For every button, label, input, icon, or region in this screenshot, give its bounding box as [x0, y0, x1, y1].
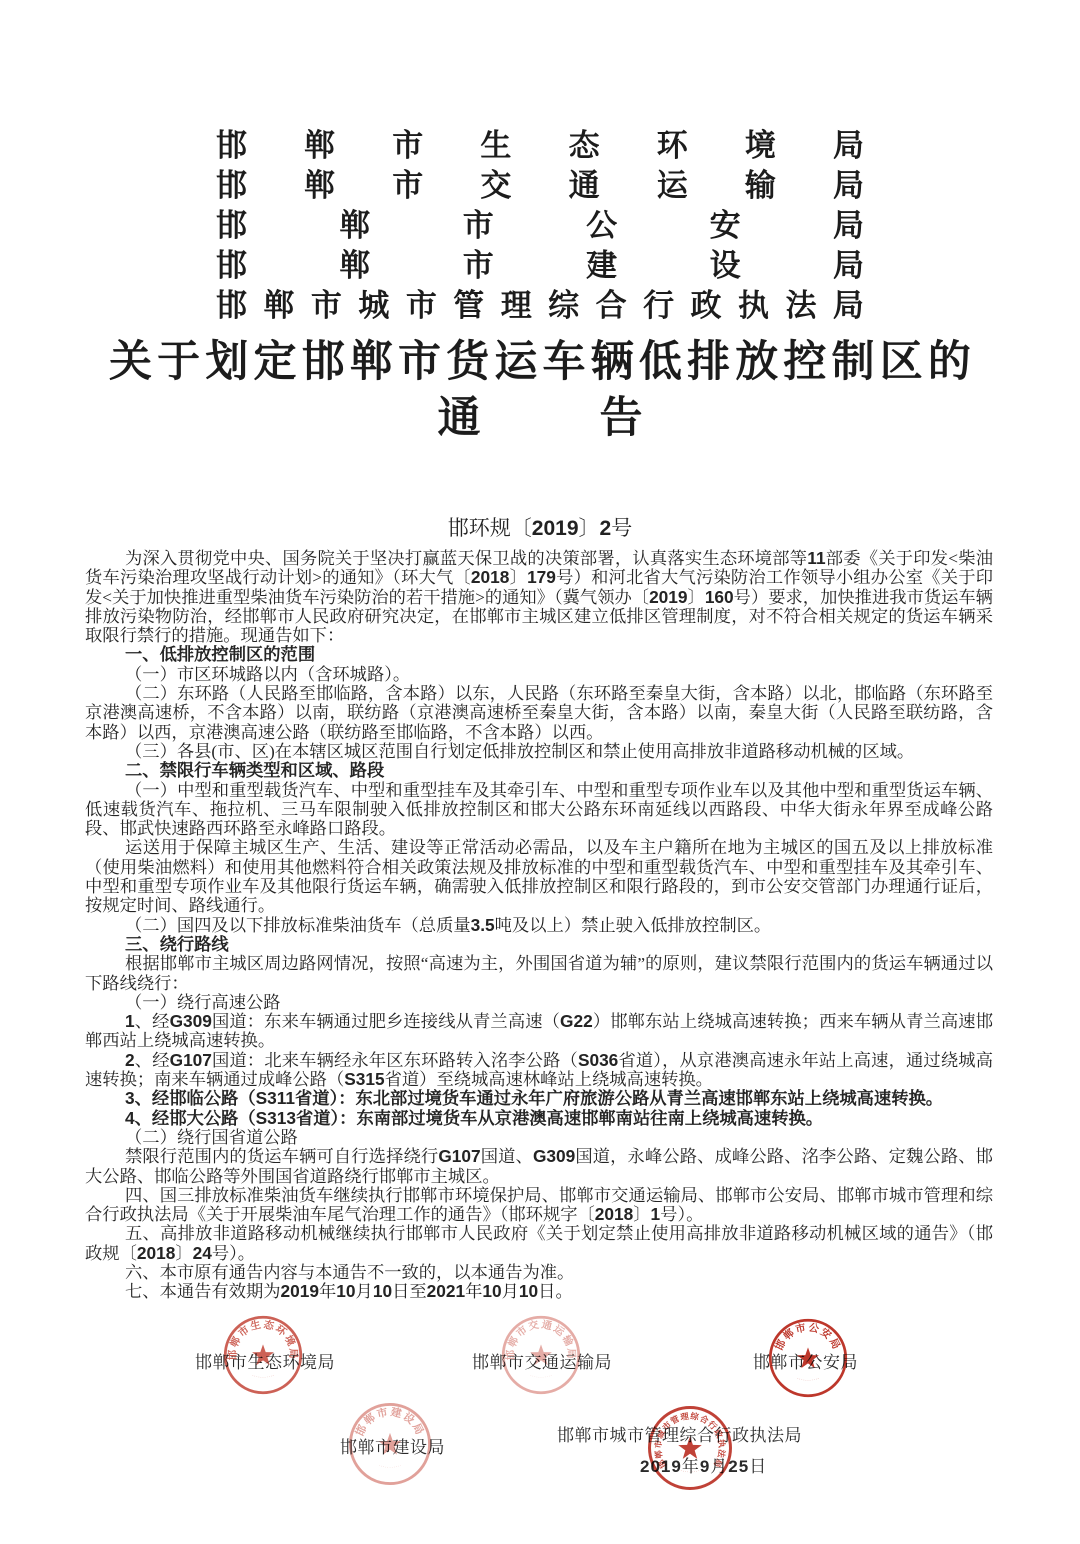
body-paragraph: 二、禁限行车辆类型和区域、路段 — [85, 761, 993, 780]
agency-name-line: 邯郸市公安局 — [216, 202, 864, 242]
latin-number-run: 2 — [600, 517, 612, 540]
justified-char: 通 — [438, 394, 481, 444]
justified-char: 划 — [205, 336, 248, 390]
latin-number-run: G107 — [438, 1146, 480, 1166]
justified-char: 局 — [833, 240, 864, 285]
justified-char: 公 — [586, 200, 617, 245]
justified-char: 放 — [735, 336, 778, 390]
justified-char: 辆 — [591, 336, 634, 390]
justified-char: 境 — [745, 120, 776, 165]
latin-number-run: 2019 — [649, 587, 687, 607]
justified-char: 货 — [446, 336, 489, 390]
justified-char: 管 — [453, 280, 484, 325]
justified-char: 城 — [358, 280, 389, 325]
latin-number-run: G107 — [170, 1050, 212, 1070]
notice-body: 为深入贯彻党中央、国务院关于坚决打赢蓝天保卫战的决策部署，认真落实生态环境部等1… — [85, 549, 993, 1302]
justified-char: 邯 — [216, 120, 247, 165]
latin-number-run: 10 — [482, 1281, 501, 1301]
justified-char: 车 — [543, 336, 586, 390]
agency-name-line: 邯郸市城市管理综合行政执法局 — [216, 282, 864, 322]
justified-char: 建 — [586, 240, 617, 285]
justified-char: 局 — [833, 280, 864, 325]
latin-number-run: 1 — [651, 1204, 661, 1224]
body-paragraph: 为深入贯彻党中央、国务院关于坚决打赢蓝天保卫战的决策部署，认真落实生态环境部等1… — [85, 549, 993, 645]
latin-number-run: 3.5 — [471, 915, 495, 935]
justified-char: 法 — [785, 280, 816, 325]
justified-char: 市 — [392, 120, 423, 165]
justified-char: 告 — [600, 394, 643, 444]
justified-char: 执 — [738, 280, 769, 325]
body-paragraph: 运送用于保障主城区生产、生活、建设等正常活动必需品，以及车主户籍所在地为主城区的… — [85, 838, 993, 915]
latin-number-run: 10 — [519, 1281, 538, 1301]
justified-char: 理 — [501, 280, 532, 325]
latin-number-run: 4 — [125, 1108, 135, 1128]
justified-char: 郸 — [304, 120, 335, 165]
justified-char: 生 — [480, 120, 511, 165]
latin-number-run: S036 — [578, 1050, 618, 1070]
latin-number-run: 2019 — [281, 1281, 319, 1301]
latin-number-run: 2018 — [137, 1243, 175, 1263]
justified-char: 运 — [494, 336, 537, 390]
body-paragraph: 七、本通告有效期为2019年10月10日至2021年10月10日。 — [85, 1282, 993, 1301]
body-paragraph: 1、经G309国道：东来车辆通过肥乡连接线从青兰高速（G22）邯郸东站上绕城高速… — [85, 1012, 993, 1051]
justified-char: 局 — [833, 200, 864, 245]
seal-serial-marks: · · · · · · · · · · · — [251, 1373, 274, 1379]
justified-char: 邯 — [216, 160, 247, 205]
body-paragraph: （三）各县(市、区)在本辖区城区范围自行划定低排放控制区和禁止使用高排放非道路移… — [85, 742, 993, 761]
latin-number-run: 2 — [125, 1050, 135, 1070]
latin-number-run: G309 — [170, 1011, 212, 1031]
seal-serial-marks: · · · · · · · · · · · — [678, 1467, 703, 1474]
latin-number-run: S311 — [256, 1088, 295, 1108]
body-paragraph: （一）市区环城路以内（含环城路）。 — [85, 665, 993, 684]
latin-number-run: G309 — [533, 1146, 575, 1166]
body-paragraph: （一）中型和重型载货汽车、中型和重型挂车及其牵引车、中型和重型专项作业车以及其他… — [85, 781, 993, 839]
justified-char: 运 — [657, 160, 688, 205]
star-icon — [379, 1433, 402, 1455]
latin-number-run: G22 — [560, 1011, 593, 1031]
justified-char: 低 — [639, 336, 682, 390]
seal-graphic: 邯郸市公安局· · · · · · · · · · · — [767, 1317, 849, 1399]
notice-title-line2: 通告 — [438, 394, 643, 444]
justified-char: 安 — [710, 200, 741, 245]
latin-number-run: 2018 — [595, 1204, 633, 1224]
justified-char: 排 — [687, 336, 730, 390]
star-icon — [797, 1347, 819, 1368]
issuing-agencies-header: 邯郸市生态环境局 邯郸市交通运输局 邯郸市公安局 邯郸市建设局 邯郸市城市管理综… — [0, 122, 1080, 322]
justified-char: 关 — [109, 336, 152, 390]
agency-name-line: 邯郸市交通运输局 — [216, 162, 864, 202]
official-seal-construction: 邯郸市建设局· · · · · · · · · · · — [347, 1401, 433, 1487]
justified-char: 控 — [783, 336, 826, 390]
justified-char: 市 — [406, 280, 437, 325]
body-paragraph: 五、高排放非道路移动机械继续执行邯郸市人民政府《关于划定禁止使用高排放非道路移动… — [85, 1224, 993, 1263]
justified-char: 的 — [928, 336, 971, 390]
seal-graphic: 邯郸市交通运输局· · · · · · · · · · · — [500, 1314, 582, 1396]
latin-number-run: 11 — [807, 548, 825, 568]
justified-char: 行 — [643, 280, 674, 325]
body-paragraph: 禁限行范围内的货运车辆可自行选择绕行G107国道、G309国道，永峰公路、成峰公… — [85, 1147, 993, 1186]
justified-char: 区 — [880, 336, 923, 390]
justified-char: 输 — [745, 160, 776, 205]
seal-serial-marks: · · · · · · · · · · · — [529, 1373, 552, 1379]
seal-serial-marks: · · · · · · · · · · · — [378, 1463, 402, 1469]
body-paragraph: 3、经邯临公路（S311省道）：东北部过境货车通过永年广府旅游公路从青兰高速邯郸… — [85, 1089, 993, 1108]
body-paragraph: 一、低排放控制区的范围 — [85, 645, 993, 664]
official-seal-ecology-environment: 邯郸市生态环境局· · · · · · · · · · · — [222, 1314, 304, 1396]
document-number: 邯环规〔2019〕2号 — [0, 512, 1080, 542]
star-icon — [252, 1344, 274, 1365]
justified-char: 政 — [691, 280, 722, 325]
justified-char: 综 — [548, 280, 579, 325]
latin-number-run: 2018 — [471, 567, 509, 587]
official-seal-public-security: 邯郸市公安局· · · · · · · · · · · — [767, 1317, 849, 1399]
seal-graphic: 邯郸市生态环境局· · · · · · · · · · · — [222, 1314, 304, 1396]
latin-number-run: S315 — [344, 1069, 384, 1089]
justified-char: 市 — [463, 200, 494, 245]
justified-char: 于 — [157, 336, 200, 390]
latin-number-run: 10 — [336, 1281, 355, 1301]
justified-char: 交 — [480, 160, 511, 205]
justified-char: 郸 — [339, 200, 370, 245]
justified-char: 环 — [657, 120, 688, 165]
justified-char: 合 — [596, 280, 627, 325]
star-icon — [678, 1437, 701, 1459]
justified-char: 态 — [569, 120, 600, 165]
justified-char: 通 — [569, 160, 600, 205]
latin-number-run: 160 — [705, 587, 734, 607]
body-paragraph: 2、经G107国道：北来车辆经永年区东环路转入洺李公路（S036省道），从京港澳… — [85, 1051, 993, 1090]
body-paragraph: 三、绕行路线 — [85, 935, 993, 954]
latin-number-run: 2021 — [427, 1281, 465, 1301]
justified-char: 市 — [311, 280, 342, 325]
notice-document-page: 邯郸市生态环境局 邯郸市交通运输局 邯郸市公安局 邯郸市建设局 邯郸市城市管理综… — [0, 0, 1080, 1544]
notice-title: 关于划定邯郸市货运车辆低排放控制区的 通告 — [0, 336, 1080, 444]
body-paragraph: （二）东环路（人民路至邯临路，含本路）以东，人民路（东环路至秦皇大街，含本路）以… — [85, 684, 993, 742]
latin-number-run: 24 — [193, 1243, 212, 1263]
justified-char: 局 — [833, 120, 864, 165]
star-icon — [530, 1344, 552, 1365]
justified-char: 设 — [710, 240, 741, 285]
latin-number-run: 10 — [373, 1281, 392, 1301]
agency-name-line: 邯郸市建设局 — [216, 242, 864, 282]
body-paragraph: （一）绕行高速公路 — [85, 993, 993, 1012]
body-paragraph: 四、国三排放标准柴油货车继续执行邯郸市环境保护局、邯郸市交通运输局、邯郸市公安局… — [85, 1186, 993, 1225]
justified-char: 市 — [398, 336, 441, 390]
official-seal-transport: 邯郸市交通运输局· · · · · · · · · · · — [500, 1314, 582, 1396]
justified-char: 市 — [463, 240, 494, 285]
latin-number-run: 2019 — [532, 517, 579, 540]
justified-char: 邯 — [216, 280, 247, 325]
latin-number-run: 3 — [125, 1088, 135, 1108]
justified-char: 邯 — [216, 240, 247, 285]
justified-char: 邯 — [302, 336, 345, 390]
justified-char: 郸 — [350, 336, 393, 390]
seal-graphic: 邯郸市建设局· · · · · · · · · · · — [347, 1401, 433, 1487]
seal-graphic: 邯郸市城市管理综合行政执法局· · · · · · · · · · · — [646, 1404, 734, 1492]
justified-char: 郸 — [339, 240, 370, 285]
body-paragraph: （二）国四及以下排放标准柴油货车（总质量3.5吨及以上）禁止驶入低排放控制区。 — [85, 916, 993, 935]
latin-number-run: 1 — [125, 1011, 135, 1031]
justified-char: 局 — [833, 160, 864, 205]
seal-serial-marks: · · · · · · · · · · · — [796, 1376, 819, 1382]
justified-char: 郸 — [304, 160, 335, 205]
body-paragraph: 4、经邯大公路（S313省道）：东南部过境货车从京港澳高速邯郸南站往南上绕城高速… — [85, 1109, 993, 1128]
notice-title-line1: 关于划定邯郸市货运车辆低排放控制区的 — [109, 336, 971, 390]
latin-number-run: 179 — [527, 567, 556, 587]
justified-char: 市 — [392, 160, 423, 205]
justified-char: 制 — [832, 336, 875, 390]
justified-char: 邯 — [216, 200, 247, 245]
justified-char: 定 — [254, 336, 297, 390]
body-paragraph: （二）绕行国省道公路 — [85, 1128, 993, 1147]
latin-number-run: S313 — [256, 1108, 296, 1128]
official-seal-urban-management: 邯郸市城市管理综合行政执法局· · · · · · · · · · · — [646, 1404, 734, 1492]
body-paragraph: 根据邯郸市主城区周边路网情况，按照“高速为主，外围国省道为辅”的原则，建议禁限行… — [85, 954, 993, 993]
body-paragraph: 六、本市原有通告内容与本通告不一致的，以本通告为准。 — [85, 1263, 993, 1282]
agency-name-line: 邯郸市生态环境局 — [216, 122, 864, 162]
justified-char: 郸 — [263, 280, 294, 325]
